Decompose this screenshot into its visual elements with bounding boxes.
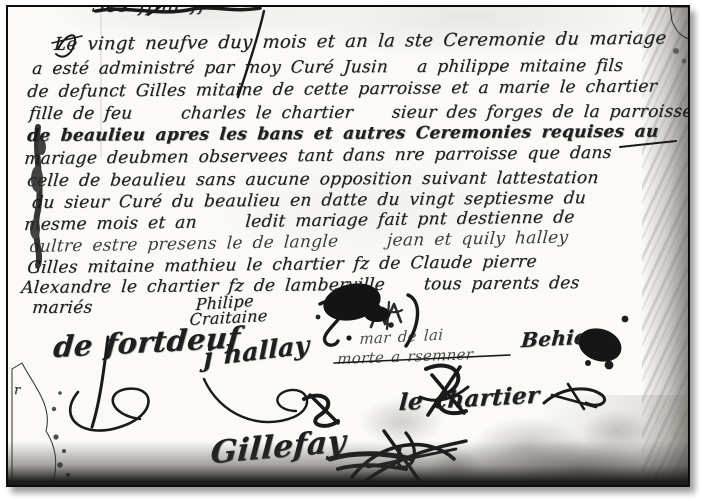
manuscript-line: Alexandre le chartier fz de lamberville … (20, 273, 580, 298)
scan-bottom-shadow (8, 441, 688, 485)
note-morte: morte a rsemner (337, 345, 474, 368)
signature-behier: Behier (520, 324, 598, 352)
paraph-two-flourish (320, 300, 352, 345)
manuscript-line: fille de feu charles le chartier sieur d… (28, 102, 690, 124)
monogram-mark (371, 302, 402, 329)
manuscript-line: celle de beaulieu sans aucune opposition… (26, 168, 599, 191)
manuscript-line: mariés (31, 298, 93, 318)
manuscript-line: mariage deubmen observees tant dans nre … (23, 143, 612, 169)
stray-mark: r (14, 383, 21, 398)
note-mar-de-lai: mar de lai (359, 326, 444, 348)
hallay-loop-flourish (204, 379, 338, 426)
screenshot-stage: Ses ſſim ff Le vingt neufve duy mois et … (0, 0, 702, 501)
manuscript-line-cropped: Ses ſſim ff (91, 5, 208, 17)
manuscript-line: a esté administré par moy Curé Jusin a p… (31, 56, 624, 79)
scanned-parish-register-page: Ses ſſim ff Le vingt neufve duy mois et … (6, 5, 690, 487)
manuscript-line: Le vingt neufve duy mois et an la ste Ce… (53, 28, 667, 55)
manuscript-line: de defunct Gilles mitaine de cette parro… (26, 77, 657, 103)
